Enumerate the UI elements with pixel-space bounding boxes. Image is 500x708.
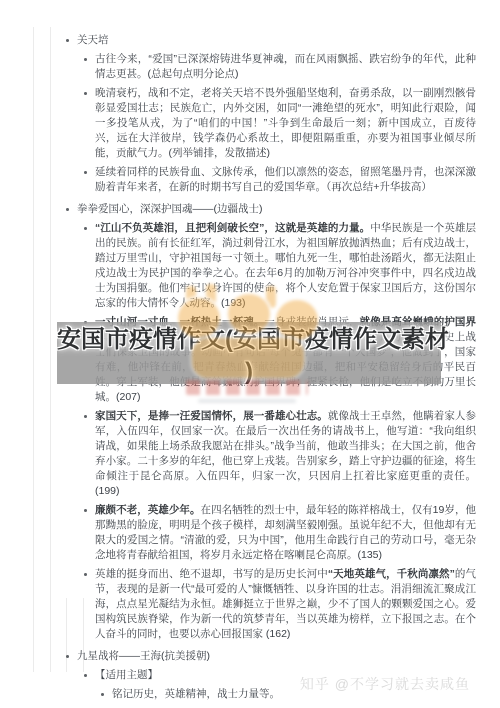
bullet-icon <box>84 227 87 230</box>
bullet-icon <box>84 573 87 576</box>
bullet-icon <box>84 674 87 677</box>
item-text: 拳拳爱国心，深深护国魂——(边疆战士) <box>77 202 500 217</box>
bullet-icon <box>101 693 104 696</box>
item-text: 英雄的挺身而出、绝不退却，书写的是历史长河中“天地英雄气，千秋尚凛然”的气节，表… <box>95 567 500 642</box>
list-item: 家国天下，是捧一汪爱国情怀，展一番雄心壮志。就像战士王卓然，他瞒着家人参军，入伍… <box>0 409 500 499</box>
item-text: 九星战将——王海(抗美援朝) <box>77 649 500 664</box>
bullet-icon <box>66 655 69 658</box>
item-text: 关天培 <box>77 33 500 48</box>
item-text: “江山不负英雄泪，且把利剑破长空”，这就是英雄的力量。中华民族是一个英雄层出的民… <box>95 221 500 311</box>
item-text: 古往今来，“爱国”已深深熔铸进华夏神魂，而在风雨飘摇、跌宕纷争的年代，此种情志更… <box>95 52 500 82</box>
item-text: 晚清衰朽，战和不定，老将关天培不畏外强船坚炮利，奋勇杀敌，以一副刚烈骸骨彰显爱国… <box>95 86 500 161</box>
bullet-icon <box>84 58 87 61</box>
bullet-icon <box>66 39 69 42</box>
list-item: 九星战将——王海(抗美援朝) <box>0 649 500 664</box>
list-item: 延续着同样的民族骨血、文脉传承，他们以凛然的姿态，留照笔墨丹青，也深深激励着青年… <box>0 165 500 195</box>
item-text: 家国天下，是捧一汪爱国情怀，展一番雄心壮志。就像战士王卓然，他瞒着家人参军，入伍… <box>95 409 500 499</box>
watermark-text-line2: ) <box>57 357 441 387</box>
list-item: 廉颇不老，英雄少年。在四名牺牲的烈士中，最年轻的陈祥榕战士，仅有19岁，他那黝黑… <box>0 503 500 563</box>
document-page: 关天培古往今来，“爱国”已深深熔铸进华夏神魂，而在风雨飘摇、跌宕纷争的年代，此种… <box>0 0 500 708</box>
bullet-icon <box>84 171 87 174</box>
list-item: 英雄的挺身而出、绝不退却，书写的是历史长河中“天地英雄气，千秋尚凛然”的气节，表… <box>0 567 500 642</box>
list-item: 古往今来，“爱国”已深深熔铸进华夏神魂，而在风雨飘摇、跌宕纷争的年代，此种情志更… <box>0 52 500 82</box>
watermark-text-line1: 安国市疫情作文(安国市疫情作文素材 <box>57 325 441 355</box>
item-text: 延续着同样的民族骨血、文脉传承，他们以凛然的姿态，留照笔墨丹青，也深深激励着青年… <box>95 165 500 195</box>
bullet-icon <box>84 415 87 418</box>
list-item: 拳拳爱国心，深深护国魂——(边疆战士) <box>0 202 500 217</box>
watermark-band: 安国市疫情作文(安国市疫情作文素材 ) <box>57 322 441 384</box>
bullet-icon <box>84 92 87 95</box>
bullet-icon <box>84 509 87 512</box>
bullet-icon <box>66 208 69 211</box>
list-item: “江山不负英雄泪，且把利剑破长空”，这就是英雄的力量。中华民族是一个英雄层出的民… <box>0 221 500 311</box>
zhihu-watermark: 知乎 @不学习就去卖咸鱼 <box>300 674 470 694</box>
list-item: 晚清衰朽，战和不定，老将关天培不畏外强船坚炮利，奋勇杀敌，以一副刚烈骸骨彰显爱国… <box>0 86 500 161</box>
list-item: 关天培 <box>0 33 500 48</box>
item-text: 廉颇不老，英雄少年。在四名牺牲的烈士中，最年轻的陈祥榕战士，仅有19岁，他那黝黑… <box>95 503 500 563</box>
